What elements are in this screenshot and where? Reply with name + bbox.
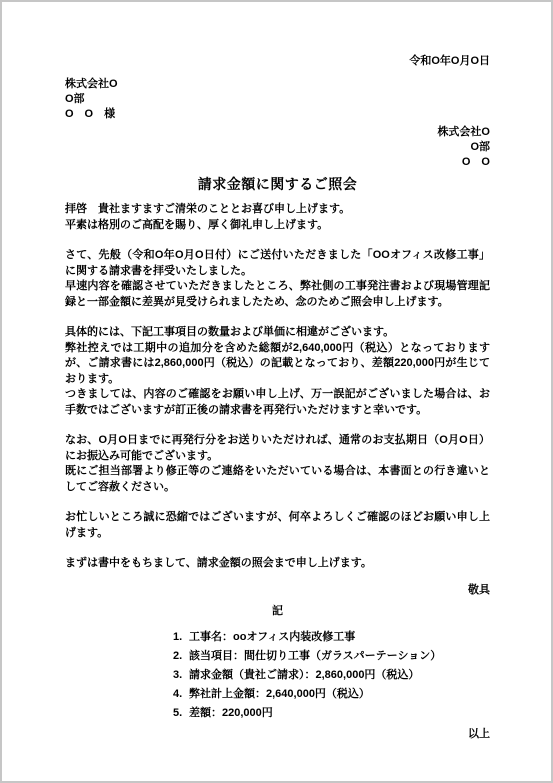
list-item-number: 1.: [173, 628, 189, 647]
list-item-billed-amount: 3. 請求金額（貴社ご請求）：2,860,000円（税込）: [173, 666, 490, 685]
document-body: 拝啓 貴社ますますご清栄のこととお喜び申し上げます。 平素は格別のご高配を賜り、…: [65, 202, 490, 572]
closing-keigu: 敬具: [65, 583, 490, 599]
document-page: 令和O年O月O日 株式会社O O部 O O 様 株式会社O O部 O O 請求金…: [0, 0, 553, 783]
sender-department: O部: [65, 140, 490, 155]
list-item-recorded-amount: 4. 弊社計上金額：2,640,000円（税込）: [173, 685, 490, 704]
detail-list: 1. 工事名：ooオフィス内装改修工事 2. 該当項目：間仕切り工事（ガラスパー…: [173, 628, 490, 723]
list-item-number: 2.: [173, 647, 189, 666]
list-item-number: 3.: [173, 666, 189, 685]
paragraph-crossed-correspondence: 既にご担当部署より修正等のご連絡をいただいている場合は、本書面との行き違いとして…: [65, 464, 490, 495]
end-marker-ijou: 以上: [65, 727, 490, 743]
paragraph-discrepancy-found: 早速内容を確認させていただきましたところ、弊社側の工事発注書および現場管理記録と…: [65, 279, 490, 310]
list-item-project-name: 1. 工事名：ooオフィス内装改修工事: [173, 628, 490, 647]
document-title: 請求金額に関するご照会: [65, 177, 490, 193]
notice-heading-ki: 記: [65, 604, 490, 620]
paragraph-thanks: 平素は格別のご高配を賜り、厚く御礼申し上げます。: [65, 218, 490, 234]
paragraph-summary: まずは書中をもちまして、請求金額の照会まで申し上げます。: [65, 556, 490, 572]
paragraph-reissue-request: つきましては、内容のご確認をお願い申し上げ、万一誤記がございました場合は、お手数…: [65, 387, 490, 418]
paragraph-amounts: 弊社控えでは工期中の追加分を含めた総額が2,640,000円（税込）となっており…: [65, 341, 490, 388]
list-item-number: 4.: [173, 685, 189, 704]
list-item-text: 弊社計上金額：2,640,000円（税込）: [189, 685, 370, 704]
list-item-text: 該当項目：間仕切り工事（ガラスパーテーション）: [189, 647, 441, 666]
paragraph-receipt: さて、先般（令和O年O月O日付）にご送付いただきました「OOオフィス改修工事」に…: [65, 248, 490, 279]
list-item-relevant-item: 2. 該当項目：間仕切り工事（ガラスパーテーション）: [173, 647, 490, 666]
paragraph-payment-date: なお、O月O日までに再発行分をお送りいただければ、通常のお支払期日（O月O日）に…: [65, 433, 490, 464]
list-item-text: 請求金額（貴社ご請求）：2,860,000円（税込）: [189, 666, 419, 685]
sender-block: 株式会社O O部 O O: [65, 125, 490, 170]
recipient-company: 株式会社O: [65, 77, 490, 92]
recipient-block: 株式会社O O部 O O 様: [65, 77, 490, 122]
list-item-text: 差額：220,000円: [189, 704, 273, 723]
sender-company: 株式会社O: [65, 125, 490, 140]
paragraph-apology: お忙しいところ誠に恐縮ではございますが、何卒よろしくご確認のほどお願い申し上げま…: [65, 510, 490, 541]
list-item-difference: 5. 差額：220,000円: [173, 704, 490, 723]
sender-person: O O: [65, 155, 490, 170]
document-date: 令和O年O月O日: [65, 54, 490, 70]
paragraph-specifics: 具体的には、下記工事項目の数量および単価に相違がございます。: [65, 325, 490, 341]
recipient-person: O O 様: [65, 107, 490, 122]
list-item-text: 工事名：ooオフィス内装改修工事: [189, 628, 355, 647]
list-item-number: 5.: [173, 704, 189, 723]
recipient-department: O部: [65, 92, 490, 107]
paragraph-greeting: 拝啓 貴社ますますご清栄のこととお喜び申し上げます。: [65, 202, 490, 218]
